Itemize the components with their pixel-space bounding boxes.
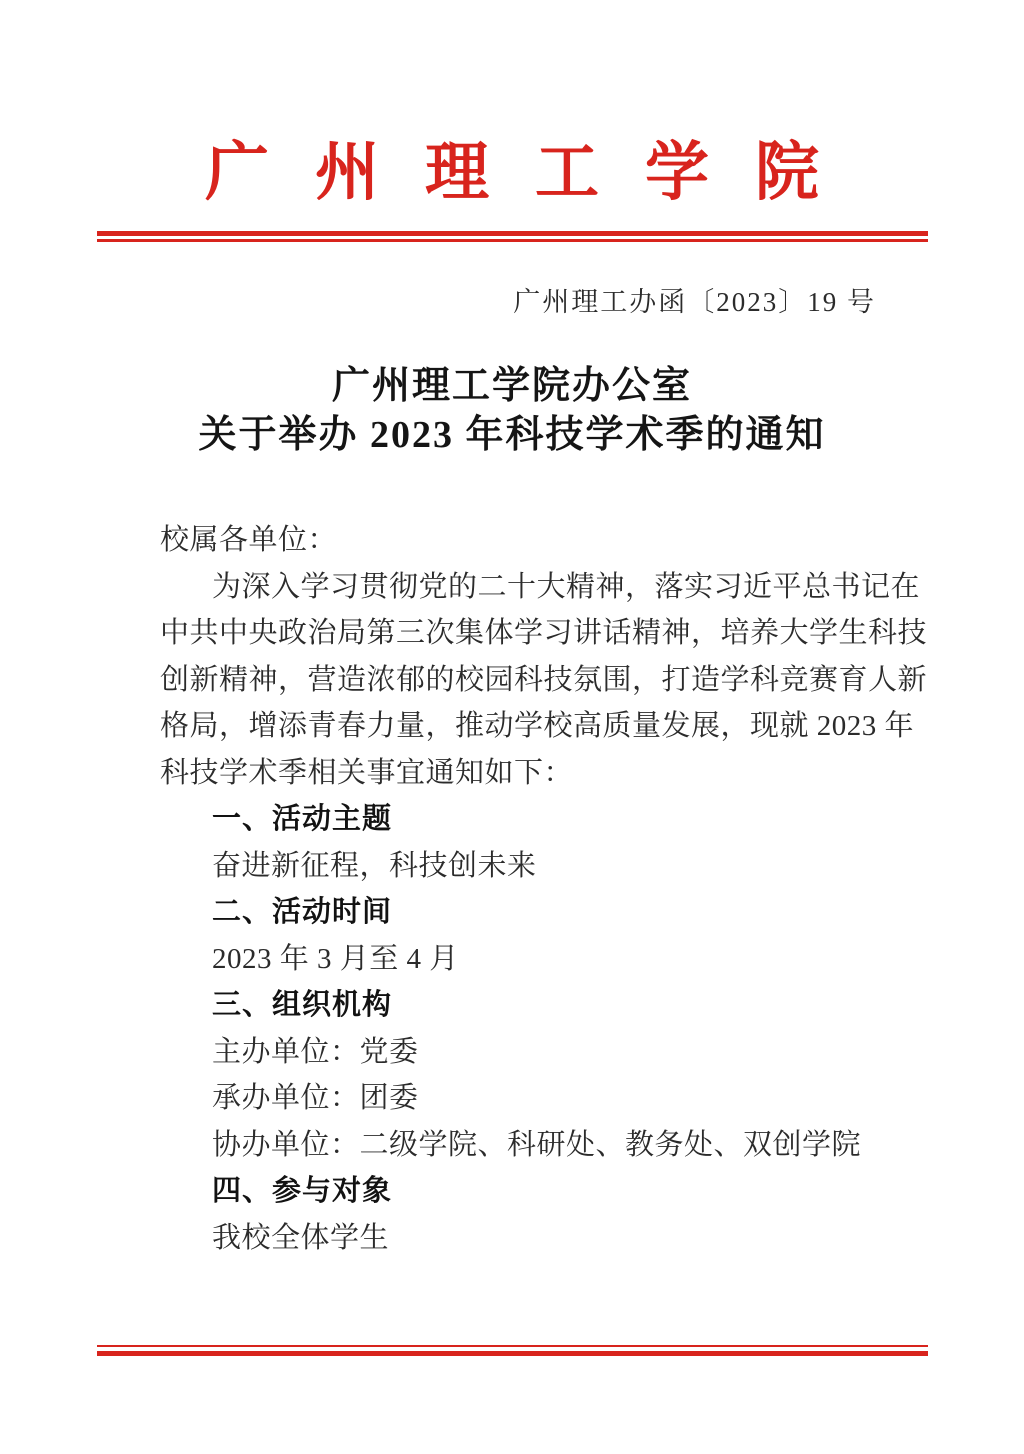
- document-title-line1: 广州理工学院办公室: [0, 362, 1024, 411]
- section-content: 协办单位：二级学院、科研处、教务处、双创学院: [160, 1122, 930, 1169]
- section-heading-1: 一、活动主题: [160, 796, 930, 843]
- section-content: 2023 年 3 月至 4 月: [160, 936, 930, 983]
- section-heading-4: 四、参与对象: [160, 1168, 930, 1215]
- paragraph-line: 为深入学习贯彻党的二十大精神，落实习近平总书记在: [160, 564, 930, 611]
- document-number: 广州理工办函〔2023〕19 号: [513, 286, 876, 318]
- document-body: 校属各单位： 为深入学习贯彻党的二十大精神，落实习近平总书记在 中共中央政治局第…: [160, 517, 930, 1261]
- section-heading-2: 二、活动时间: [160, 889, 930, 936]
- section-content: 奋进新征程，科技创未来: [160, 843, 930, 890]
- paragraph-line: 格局，增添青春力量，推动学校高质量发展，现就 2023 年: [160, 703, 930, 750]
- salutation: 校属各单位：: [160, 517, 930, 564]
- section-content: 我校全体学生: [160, 1215, 930, 1262]
- section-content: 主办单位：党委: [160, 1029, 930, 1076]
- masthead-double-rule: [97, 231, 928, 242]
- document-title-line2: 关于举办 2023 年科技学术季的通知: [0, 411, 1024, 460]
- document-page: 广州理工学院 广州理工办函〔2023〕19 号 广州理工学院办公室 关于举办 2…: [0, 0, 1024, 1454]
- paragraph-line: 中共中央政治局第三次集体学习讲话精神，培养大学生科技: [160, 610, 930, 657]
- rule-line: [97, 1351, 928, 1356]
- masthead-institution-name: 广州理工学院: [0, 126, 1024, 220]
- paragraph-line: 科技学术季相关事宜通知如下：: [160, 750, 930, 797]
- footer-double-rule: [97, 1345, 928, 1356]
- section-heading-3: 三、组织机构: [160, 982, 930, 1029]
- document-title: 广州理工学院办公室 关于举办 2023 年科技学术季的通知: [0, 362, 1024, 460]
- paragraph-line: 创新精神，营造浓郁的校园科技氛围，打造学科竞赛育人新: [160, 657, 930, 704]
- rule-line: [97, 239, 928, 242]
- section-content: 承办单位：团委: [160, 1075, 930, 1122]
